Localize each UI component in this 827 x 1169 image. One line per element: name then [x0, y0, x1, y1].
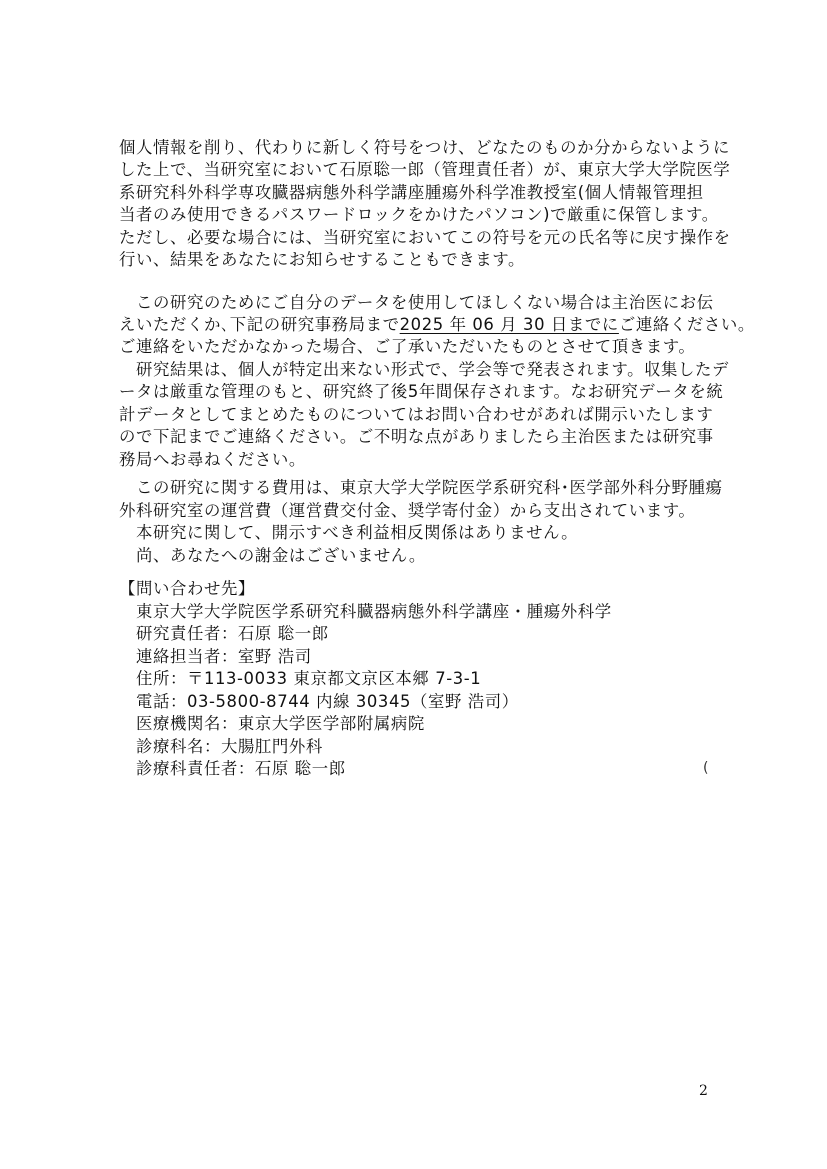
paragraph-1-line: 系研究科外科学専攻臓器病態外科学講座腫瘍外科学准教授室(個人情報管理担 — [119, 182, 704, 204]
contact-line: 電話：03-5800-8744 内線 30345（室野 浩司） — [119, 691, 519, 713]
paragraph-3-line: ので下記までご連絡ください。ご不明な点がありましたら主治医または研究事 — [119, 426, 714, 448]
paragraph-1-line: 個人情報を削り、代わりに新しく符号をつけ、どなたのものか分からないように — [119, 137, 730, 159]
contact-line: 住所：〒113-0033 東京都文京区本郷 7-3-1 — [119, 668, 481, 690]
contact-line: 診療科責任者：石原 聡一郎 — [119, 758, 346, 780]
paragraph-2-line: えいただくか､下記の研究事務局まで2025 年 06 月 30 日までにご連絡く… — [119, 314, 755, 336]
paragraph-1-line: 当者のみ使用できるパスワードロックをかけたパソコン)で厳重に保管します。 — [119, 204, 719, 226]
contact-line: 東京大学大学院医学系研究科臓器病態外科学講座・腫瘍外科学 — [119, 601, 612, 623]
contact-line: 連絡担当者：室野 浩司 — [119, 646, 312, 668]
contact-heading: 【問い合わせ先】 — [119, 578, 255, 600]
paragraph-4-line: 尚、あなたへの謝金はございません。 — [119, 545, 426, 567]
document-page: 個人情報を削り、代わりに新しく符号をつけ、どなたのものか分からないように した上… — [0, 0, 827, 1169]
paragraph-4-line: この研究に関する費用は、東京大学大学院医学系研究科･医学部外科分野腫瘍 — [119, 477, 722, 499]
paragraph-3-line: ータは厳重な管理のもと、研究終了後5年間保存されます。なお研究データを統 — [119, 381, 723, 403]
paragraph-1-line: した上で、当研究室において石原聡一郎（管理責任者）が、東京大学大学院医学 — [119, 159, 730, 181]
contact-line: 診療科名：大腸肛門外科 — [119, 736, 323, 758]
deadline-date: 2025 年 06 月 30 日までに — [400, 315, 619, 334]
text: ご連絡ください。 — [619, 315, 755, 334]
page-number: 2 — [699, 1083, 708, 1099]
contact-line: 研究責任者：石原 聡一郎 — [119, 623, 329, 645]
paragraph-1-line: ただし、必要な場合には、当研究室においてこの符号を元の氏名等に戻す操作を — [119, 227, 731, 249]
paragraph-2-line: ご連絡をいただかなかった場合、ご了承いただいたものとさせて頂きます。 — [119, 336, 695, 358]
paragraph-3-line: 計データとしてまとめたものについてはお問い合わせがあれば開示いたします — [119, 404, 713, 426]
stray-parenthesis: ( — [703, 760, 708, 776]
paragraph-3-line: 務局へお尋ねください。 — [119, 449, 306, 471]
paragraph-3-line: 研究結果は、個人が特定出来ない形式で、学会等で発表されます。収集したデ — [119, 359, 729, 381]
text: えいただくか､下記の研究事務局まで — [119, 315, 400, 334]
paragraph-4-line: 外科研究室の運営費（運営費交付金、奨学寄付金）から支出されています。 — [119, 500, 695, 522]
paragraph-4-line: 本研究に関して、開示すべき利益相反関係はありません。 — [119, 522, 578, 544]
paragraph-2-line: この研究のためにご自分のデータを使用してほしくない場合は主治医にお伝 — [119, 292, 714, 314]
contact-line: 医療機関名：東京大学医学部附属病院 — [119, 713, 425, 735]
paragraph-1-line: 行い、結果をあなたにお知らせすることもできます。 — [119, 249, 525, 271]
